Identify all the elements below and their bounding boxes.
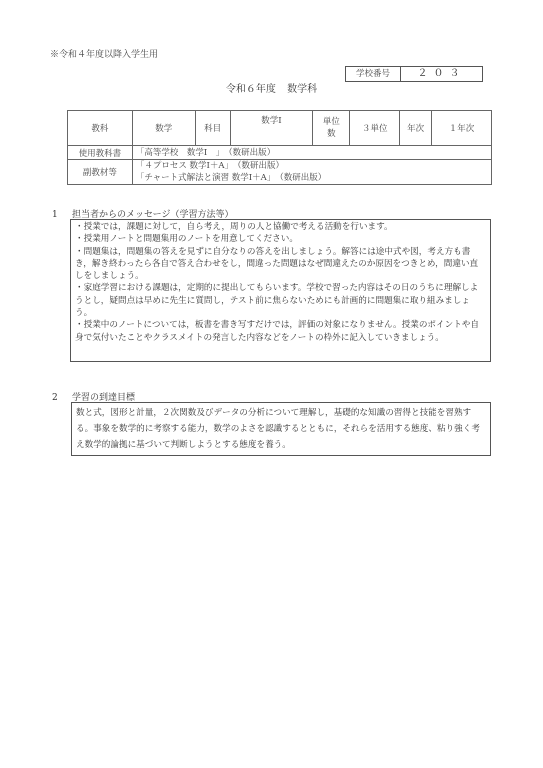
credits-value: ３単位: [350, 111, 400, 146]
message-box: ・授業では，課題に対して，自ら考え，周りの人と協働で考える活動を行います。 ・授…: [70, 219, 491, 362]
supplementary-item: 「チャート式解法と演習 数学Ⅰ＋A」 （数研出版）: [136, 172, 488, 184]
credits-label: 単位数: [313, 111, 350, 146]
section2-number: 2: [52, 393, 72, 403]
table-row: 副教材等 「４プロセス 数学Ⅰ＋A」 （数研出版） 「チャート式解法と演習 数学…: [68, 160, 492, 185]
grade-label: 年次: [400, 111, 432, 146]
goals-text: 数と式，図形と計量，２次関数及びデータの分析について理解し，基礎的な知識の習得と…: [76, 405, 486, 453]
message-item: ・家庭学習における課題は，定期的に提出してもらいます。学校で習った内容はその日の…: [75, 282, 486, 319]
table-row: 使用教科書 「高等学校 数学Ⅰ 」 （数研出版）: [68, 146, 492, 160]
subject-area-value: 数学: [132, 111, 195, 146]
course-value: 数学Ⅰ: [230, 111, 313, 146]
goals-box: 数と式，図形と計量，２次関数及びデータの分析について理解し，基礎的な知識の習得と…: [71, 402, 491, 456]
supplementary-label: 副教材等: [68, 160, 133, 185]
subject-area-label: 教科: [68, 111, 133, 146]
message-item: ・授業では，課題に対して，自ら考え，周りの人と協働で考える活動を行います。: [75, 221, 486, 233]
page-title: 令和６年度 数学科: [0, 80, 543, 95]
supplementary-list: 「４プロセス 数学Ⅰ＋A」 （数研出版） 「チャート式解法と演習 数学Ⅰ＋A」 …: [132, 160, 491, 185]
school-number-value: ２０３: [401, 67, 482, 81]
school-number-label: 学校番号: [346, 67, 401, 81]
title-dept: 数学科: [287, 84, 317, 95]
table-row: 教科 数学 科目 数学Ⅰ 単位数 ３単位 年次 １年次: [68, 111, 492, 146]
grade-value: １年次: [432, 111, 492, 146]
enrollment-note: ※令和４年度以降入学生用: [50, 47, 158, 60]
title-year: 令和６年度: [226, 84, 276, 95]
course-info-table: 教科 数学 科目 数学Ⅰ 単位数 ３単位 年次 １年次 使用教科書 「高等学校 …: [67, 110, 492, 185]
message-item: ・授業中のノートについては，板書を書き写すだけでは，評価の対象になりません。授業…: [75, 319, 486, 344]
section1-number: 1: [52, 210, 72, 220]
course-label: 科目: [195, 111, 230, 146]
supplementary-item: 「４プロセス 数学Ⅰ＋A」 （数研出版）: [136, 160, 488, 172]
message-item: ・授業用ノートと問題集用のノートを用意してください。: [75, 233, 486, 245]
textbook-label: 使用教科書: [68, 146, 133, 160]
textbook-value: 「高等学校 数学Ⅰ 」 （数研出版）: [132, 146, 491, 160]
message-item: ・問題集は，問題集の答えを見ずに自分なりの答えを出しましょう。解答には途中式や図…: [75, 246, 486, 283]
